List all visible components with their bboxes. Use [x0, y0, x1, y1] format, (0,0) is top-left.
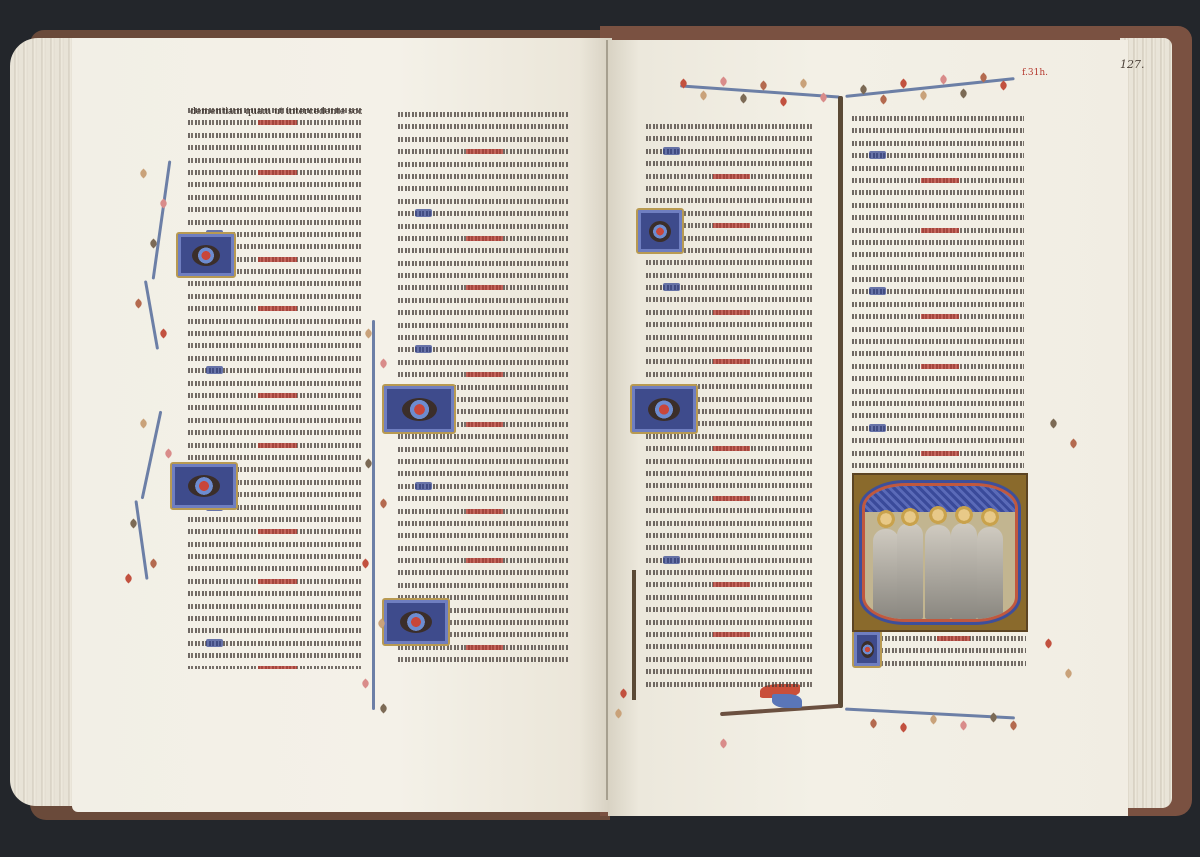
text-line — [646, 603, 814, 615]
text-line — [188, 129, 363, 141]
text-line — [398, 232, 568, 244]
text-line — [646, 442, 814, 454]
text-line — [852, 137, 1024, 149]
text-line — [646, 132, 814, 144]
text-line — [646, 504, 814, 516]
bar-border — [838, 96, 843, 708]
text-line — [188, 587, 363, 599]
text-line — [852, 335, 1024, 347]
text-line — [646, 566, 814, 578]
text-line — [646, 554, 814, 566]
text-line — [188, 525, 363, 537]
text-line — [646, 331, 814, 343]
text-line — [852, 372, 1024, 384]
text-line — [398, 653, 568, 663]
text-line — [188, 203, 363, 215]
text-line — [878, 657, 1026, 669]
page-edges-left — [10, 38, 80, 806]
text-line — [398, 566, 568, 578]
text-line — [188, 600, 363, 612]
text-line — [852, 224, 1024, 236]
miniature-quatrefoil-frame — [862, 483, 1018, 622]
text-line — [646, 343, 814, 355]
text-line — [398, 294, 568, 306]
halo-icon — [901, 508, 919, 526]
text-line — [646, 145, 814, 157]
text-line — [188, 649, 363, 661]
text-line — [188, 624, 363, 636]
text-line — [188, 141, 363, 153]
left-page-column-a — [188, 104, 363, 669]
text-line — [852, 360, 1024, 372]
text-line — [646, 368, 814, 380]
text-line — [646, 269, 814, 281]
text-line — [188, 439, 363, 451]
right-page-column-b-footer — [878, 632, 1026, 672]
text-line — [852, 422, 1024, 434]
text-line — [188, 364, 363, 376]
text-line — [646, 256, 814, 268]
text-line — [188, 216, 363, 228]
text-line — [852, 385, 1024, 397]
text-line — [852, 409, 1024, 421]
text-line — [852, 174, 1024, 186]
text-line — [646, 467, 814, 479]
halo-icon — [955, 506, 973, 524]
text-line — [398, 281, 568, 293]
text-line — [188, 191, 363, 203]
halo-icon — [877, 510, 895, 528]
text-line — [188, 377, 363, 389]
text-line — [398, 554, 568, 566]
text-line — [646, 479, 814, 491]
text-line — [646, 281, 814, 293]
text-line — [852, 211, 1024, 223]
text-line — [852, 236, 1024, 248]
text-line — [398, 455, 568, 467]
text-line — [646, 455, 814, 467]
text-line — [398, 158, 568, 170]
text-line — [188, 538, 363, 550]
text-line — [188, 575, 363, 587]
text-line — [188, 513, 363, 525]
text-line — [646, 678, 814, 690]
halo-icon — [981, 508, 999, 526]
illuminated-initial-o — [852, 630, 882, 668]
text-line — [398, 195, 568, 207]
text-line — [878, 644, 1026, 656]
text-line — [646, 517, 814, 529]
text-line — [646, 665, 814, 677]
text-line — [398, 257, 568, 269]
text-line — [188, 426, 363, 438]
illuminated-initial-d — [382, 598, 450, 646]
text-line — [852, 310, 1024, 322]
halo-icon — [929, 506, 947, 524]
illuminated-initial-m — [636, 208, 684, 254]
right-page-column-b — [852, 112, 1024, 472]
text-line — [398, 133, 568, 145]
text-line — [852, 248, 1024, 260]
text-line — [852, 397, 1024, 409]
text-line — [188, 562, 363, 574]
text-line — [398, 306, 568, 318]
text-line — [398, 170, 568, 182]
text-line — [398, 579, 568, 591]
text-line — [398, 108, 568, 120]
text-line — [646, 157, 814, 169]
text-line — [852, 273, 1024, 285]
text-line — [852, 112, 1024, 124]
text-line — [852, 347, 1024, 359]
text-line — [646, 120, 814, 132]
text-line — [646, 492, 814, 504]
text-line — [852, 447, 1024, 459]
text-line — [398, 368, 568, 380]
text-line — [398, 145, 568, 157]
text-line — [878, 632, 1026, 644]
text-line — [852, 162, 1024, 174]
text-line — [188, 302, 363, 314]
text-line — [852, 434, 1024, 446]
illuminated-initial-d — [176, 232, 236, 278]
text-line — [646, 318, 814, 330]
text-line — [398, 319, 568, 331]
text-line — [646, 182, 814, 194]
text-line — [852, 261, 1024, 273]
text-line — [188, 352, 363, 364]
dragon-body — [772, 694, 802, 708]
text-line — [188, 327, 363, 339]
text-line — [398, 492, 568, 504]
text-line — [188, 612, 363, 624]
text-line — [852, 186, 1024, 198]
text-line — [188, 637, 363, 649]
text-line — [188, 414, 363, 426]
text-line — [188, 116, 363, 128]
text-line — [646, 293, 814, 305]
text-line — [646, 306, 814, 318]
text-line — [188, 550, 363, 562]
text-line — [188, 290, 363, 302]
text-line — [646, 355, 814, 367]
text-line — [398, 529, 568, 541]
text-line — [188, 662, 363, 669]
text-line — [646, 628, 814, 640]
text-line — [398, 505, 568, 517]
text-line — [398, 542, 568, 554]
folio-number: 127. — [1120, 58, 1145, 71]
text-line — [852, 459, 1024, 471]
saint-figure — [925, 525, 951, 619]
text-line — [646, 616, 814, 628]
text-line — [852, 285, 1024, 297]
text-line — [398, 207, 568, 219]
saint-figure — [977, 527, 1003, 619]
text-line — [398, 182, 568, 194]
text-line: dementiam quam ut intercedente sco luca — [190, 106, 362, 117]
bar-border — [632, 570, 636, 700]
text-line — [646, 529, 814, 541]
text-line — [398, 480, 568, 492]
vine-border — [372, 320, 375, 710]
text-line — [188, 401, 363, 413]
text-line — [398, 467, 568, 479]
marginal-note: f.31h. — [1022, 68, 1048, 78]
text-line — [398, 331, 568, 343]
text-line — [646, 170, 814, 182]
text-line — [646, 541, 814, 553]
text-line — [398, 244, 568, 256]
text-line — [188, 277, 363, 289]
text-line — [188, 178, 363, 190]
text-line — [398, 269, 568, 281]
text-line — [188, 315, 363, 327]
miniature-all-saints — [852, 473, 1028, 632]
saint-figure — [873, 529, 899, 619]
text-line — [852, 199, 1024, 211]
text-line — [852, 149, 1024, 161]
text-line — [646, 194, 814, 206]
saint-figure — [951, 523, 977, 619]
text-line — [646, 591, 814, 603]
text-line — [398, 443, 568, 455]
text-line — [646, 640, 814, 652]
text-line — [852, 124, 1024, 136]
text-line — [852, 298, 1024, 310]
text-line — [398, 356, 568, 368]
text-line — [188, 154, 363, 166]
illuminated-initial-d — [382, 384, 456, 434]
text-line — [646, 653, 814, 665]
text-line — [646, 578, 814, 590]
text-line — [188, 166, 363, 178]
illuminated-initial-a — [630, 384, 698, 434]
text-line — [398, 120, 568, 132]
text-line — [398, 517, 568, 529]
text-line — [852, 323, 1024, 335]
text-line — [188, 389, 363, 401]
text-line — [398, 343, 568, 355]
illuminated-initial-d — [170, 462, 238, 510]
text-line — [188, 339, 363, 351]
saint-figure — [897, 523, 923, 619]
text-line — [398, 220, 568, 232]
